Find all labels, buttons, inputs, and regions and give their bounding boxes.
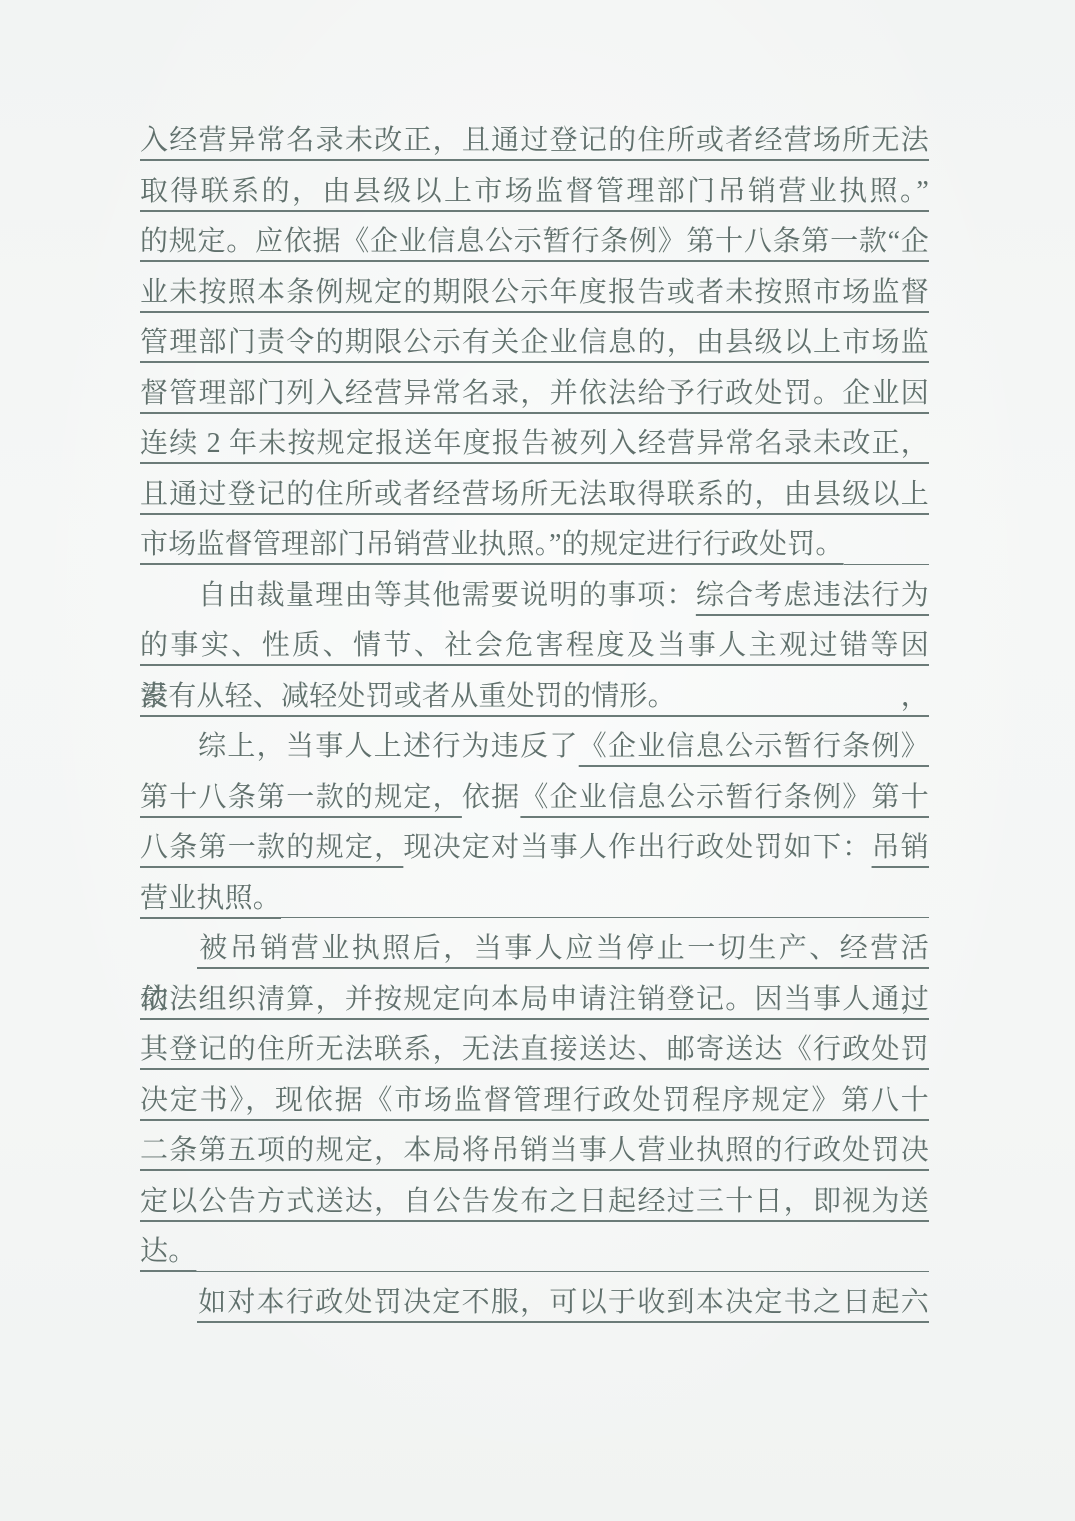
text-segment: 第十八条第一款的规定， [140, 782, 462, 813]
text-segment: 营业执照。 [140, 874, 281, 925]
text-segment: 业未按照本条例规定的期限公示年度报告或者未按照市场监督 [140, 277, 929, 308]
ruled-line-filler [844, 520, 929, 571]
text-line-13: 综上，当事人上述行为违反了《企业信息公示暂行条例》 [140, 722, 929, 773]
text-segment: 没有从轻、减轻处罚或者从重处罚的情形。 [140, 672, 676, 723]
text-segment: 且通过登记的住所或者经营场所无法取得联系的，由县级以上 [140, 479, 929, 510]
text-line-3: 的规定。应依据《企业信息公示暂行条例》第十八条第一款“企 [140, 217, 929, 268]
text-line-20: 决定书》，现依据《市场监督管理行政处罚程序规定》第八十 [140, 1076, 929, 1127]
text-segment: 督管理部门列入经营异常名录，并依法给予行政处罚。企业因 [140, 378, 929, 409]
ruled-line-filler [676, 672, 929, 723]
text-line-8: 且通过登记的住所或者经营场所无法取得联系的，由县级以上 [140, 470, 929, 521]
text-line-11: 的事实、性质、情节、社会危害程度及当事人主观过错等因素， [140, 621, 929, 672]
text-segment: 取得联系的，由县级以上市场监督管理部门吊销营业执照。” [140, 176, 929, 207]
text-line-12: 没有从轻、减轻处罚或者从重处罚的情形。 [140, 672, 929, 723]
text-segment: 依法组织清算，并按规定向本局申请注销登记。因当事人通过 [140, 984, 929, 1015]
text-segment: 入经营异常名录未改正，且通过登记的住所或者经营场所无法 [140, 125, 929, 156]
text-line-1: 入经营异常名录未改正，且通过登记的住所或者经营场所无法 [140, 116, 929, 167]
text-line-10: 自由裁量理由等其他需要说明的事项：综合考虑违法行为 [140, 571, 929, 622]
document-text-block: 入经营异常名录未改正，且通过登记的住所或者经营场所无法取得联系的，由县级以上市场… [140, 116, 929, 1328]
text-line-4: 业未按照本条例规定的期限公示年度报告或者未按照市场监督 [140, 268, 929, 319]
text-segment: 综上，当事人上述行为违反了 [197, 731, 579, 762]
text-segment: 《企业信息公示暂行条例》第十 [520, 782, 929, 813]
text-line-21: 二条第五项的规定，本局将吊销当事人营业执照的行政处罚决 [140, 1126, 929, 1177]
text-segment: 现决定对当事人作出行政处罚如下： [403, 832, 871, 863]
text-segment: 如对本行政处罚决定不服，可以于收到本决定书之日起六 [197, 1287, 929, 1318]
text-segment: 决定书》，现依据《市场监督管理行政处罚程序规定》第八十 [140, 1085, 929, 1116]
text-line-5: 管理部门责令的期限公示有关企业信息的，由县级以上市场监 [140, 318, 929, 369]
text-line-7: 连续 2 年未按规定报送年度报告被列入经营异常名录未改正， [140, 419, 929, 470]
text-segment: 连续 2 年未按规定报送年度报告被列入经营异常名录未改正， [140, 428, 929, 459]
paragraph-indent [140, 603, 197, 604]
text-segment: 的规定。应依据《企业信息公示暂行条例》第十八条第一款“企 [140, 226, 929, 257]
text-segment: 综合考虑违法行为 [696, 580, 929, 611]
paragraph-indent [140, 956, 197, 957]
text-segment: 八条第一款的规定， [140, 832, 403, 863]
text-line-9: 市场监督管理部门吊销营业执照。”的规定进行行政处罚。 [140, 520, 929, 571]
paragraph-indent [140, 754, 197, 755]
text-segment: 达。 [140, 1227, 196, 1278]
ruled-line-filler [281, 874, 929, 925]
text-segment: 管理部门责令的期限公示有关企业信息的，由县级以上市场监 [140, 327, 929, 358]
text-line-18: 依法组织清算，并按规定向本局申请注销登记。因当事人通过 [140, 975, 929, 1026]
text-line-2: 取得联系的，由县级以上市场监督管理部门吊销营业执照。” [140, 167, 929, 218]
text-line-23: 达。 [140, 1227, 929, 1278]
ruled-line-filler [196, 1227, 929, 1278]
text-segment: 市场监督管理部门吊销营业执照。”的规定进行行政处罚。 [140, 520, 844, 571]
text-segment: 定以公告方式送达，自公告发布之日起经过三十日，即视为送 [140, 1186, 929, 1217]
text-line-14: 第十八条第一款的规定，依据《企业信息公示暂行条例》第十 [140, 773, 929, 824]
text-line-6: 督管理部门列入经营异常名录，并依法给予行政处罚。企业因 [140, 369, 929, 420]
text-segment: 《企业信息公示暂行条例》 [579, 731, 929, 762]
text-line-16: 营业执照。 [140, 874, 929, 925]
text-line-15: 八条第一款的规定，现决定对当事人作出行政处罚如下：吊销 [140, 823, 929, 874]
text-line-19: 其登记的住所无法联系，无法直接送达、邮寄送达《行政处罚 [140, 1025, 929, 1076]
text-segment: 二条第五项的规定，本局将吊销当事人营业执照的行政处罚决 [140, 1135, 929, 1166]
text-line-22: 定以公告方式送达，自公告发布之日起经过三十日，即视为送 [140, 1177, 929, 1228]
paragraph-indent [140, 1310, 197, 1311]
document-page: 入经营异常名录未改正，且通过登记的住所或者经营场所无法取得联系的，由县级以上市场… [0, 0, 1075, 1521]
text-segment: 自由裁量理由等其他需要说明的事项： [197, 580, 696, 611]
text-segment: 依据 [462, 782, 521, 813]
text-line-17: 被吊销营业执照后，当事人应当停止一切生产、经营活动， [140, 924, 929, 975]
text-segment: 吊销 [872, 832, 929, 863]
text-line-24: 如对本行政处罚决定不服，可以于收到本决定书之日起六 [140, 1278, 929, 1329]
text-segment: 其登记的住所无法联系，无法直接送达、邮寄送达《行政处罚 [140, 1034, 929, 1065]
